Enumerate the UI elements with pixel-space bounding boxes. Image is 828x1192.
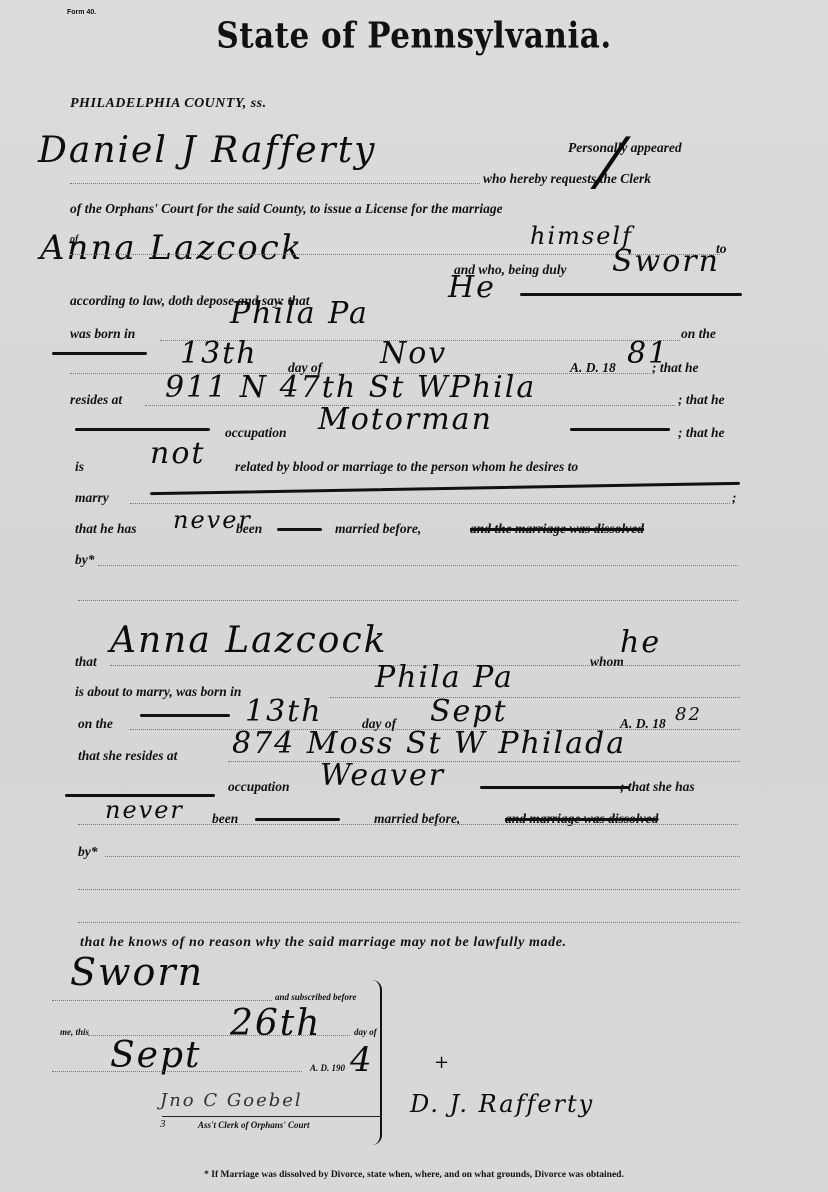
- bride-married-line: [78, 824, 738, 825]
- occupation-prefix-dash: [75, 428, 210, 431]
- that-she-has-text: ; that she has: [620, 779, 695, 795]
- ad-190-text: A. D. 190: [310, 1063, 345, 1073]
- jurat-bracket: [370, 980, 382, 1145]
- occupation-text: occupation: [225, 425, 287, 441]
- blank-line-3: [78, 922, 740, 923]
- venue-heading: PHILADELPHIA COUNTY, ss.: [70, 96, 267, 112]
- related-status: not: [150, 436, 205, 471]
- subscribed-before-text: and subscribed before: [275, 992, 357, 1002]
- married-before-text: married before,: [335, 521, 421, 537]
- orphans-court-text: of the Orphans' Court for the said Count…: [70, 201, 503, 217]
- on-the-text: on the: [681, 326, 716, 342]
- sworn-month-line: [52, 1071, 302, 1072]
- blank-line-2: [78, 889, 740, 890]
- dissolved-struck-text: and the marriage was dissolved: [470, 521, 644, 537]
- been-text: been: [236, 521, 262, 537]
- clerk-title-text: Ass't Clerk of Orphans' Court: [198, 1120, 310, 1130]
- document-title: State of Pennsylvania.: [0, 15, 828, 56]
- bride-birthplace-line: [330, 697, 740, 698]
- that-he-text-3: ; that he: [678, 425, 725, 441]
- license-mark: /: [587, 125, 637, 199]
- sworn-line: [52, 1000, 272, 1001]
- sworn-month: Sept: [110, 1035, 201, 1076]
- is-text: is: [75, 459, 84, 475]
- bride-day-dash: [140, 714, 230, 717]
- groom-address: 911 N 47th St WPhila: [165, 370, 536, 405]
- was-born-in-text: was born in: [70, 326, 135, 342]
- margin-dash: [52, 352, 147, 355]
- marriage-license-affidavit: Form 40. State of Pennsylvania. PHILADEL…: [0, 0, 828, 1192]
- marry-semicolon: ;: [732, 490, 737, 506]
- by-line-2: [105, 856, 740, 857]
- bride-address-line: [228, 761, 740, 762]
- bride-birth-month: Sept: [430, 694, 508, 729]
- requests-clerk-text: who hereby requests the Clerk: [483, 171, 651, 187]
- clerk-signature-line: [162, 1116, 382, 1117]
- pronoun-he-2: he: [620, 625, 661, 660]
- clerk-prefix: 3: [160, 1118, 166, 1130]
- that-text: that: [75, 654, 97, 670]
- that-he-text-1: ; that he: [652, 360, 699, 376]
- mark-cross: +: [434, 1052, 451, 1073]
- applicant-name-line: [70, 183, 480, 184]
- bride-address: 874 Moss St W Philada: [232, 726, 626, 761]
- divorce-footnote: * If Marriage was dissolved by Divorce, …: [0, 1170, 828, 1180]
- marry-fill-stroke: [150, 482, 740, 495]
- on-the-text-2: on the: [78, 716, 113, 732]
- groom-birthplace: Phila Pa: [230, 296, 369, 331]
- occupation-text-2: occupation: [228, 779, 290, 795]
- bride-occupation-suffix-dash: [480, 786, 630, 789]
- clerk-signature: Jno C Goebel: [160, 1090, 303, 1111]
- sworn-word: Sworn: [612, 244, 720, 279]
- sworn-word-2: Sworn: [70, 950, 204, 994]
- she-resides-at-text: that she resides at: [78, 748, 177, 764]
- pronoun-he: He: [448, 270, 496, 305]
- me-this-text: me, this: [60, 1027, 89, 1037]
- bride-birth-day: 13th: [245, 694, 323, 729]
- groom-birth-day: 13th: [180, 336, 258, 371]
- related-by-blood-text: related by blood or marriage to the pers…: [235, 459, 578, 475]
- been-dash-2: [255, 818, 340, 821]
- that-he-has-text: that he has: [75, 521, 137, 537]
- applicant-name: Daniel J Rafferty: [38, 130, 377, 171]
- been-dash: [277, 528, 322, 531]
- blank-line-1: [78, 600, 738, 601]
- according-fill-dash: [520, 293, 742, 296]
- by-line: [98, 565, 738, 566]
- occupation-suffix-dash: [570, 428, 670, 431]
- bride-name-2: Anna Lazcock: [110, 620, 387, 661]
- that-he-text-2: ; that he: [678, 392, 725, 408]
- by-text: by*: [75, 552, 95, 568]
- knows-no-reason-text: that he knows of no reason why the said …: [80, 935, 567, 951]
- resides-at-text: resides at: [70, 392, 122, 408]
- groom-occupation: Motorman: [318, 402, 493, 437]
- applicant-signature: D. J. Rafferty: [410, 1090, 594, 1118]
- by-text-2: by*: [78, 844, 98, 860]
- groom-birth-month: Nov: [380, 336, 447, 371]
- marry-text: marry: [75, 490, 109, 506]
- bride-married-before: never: [105, 796, 184, 824]
- bride-name: Anna Lazcock: [40, 228, 303, 268]
- about-to-marry-text: is about to marry, was born in: [75, 684, 241, 700]
- whom-text: whom: [590, 654, 624, 670]
- sworn-day: 26th: [230, 1003, 321, 1044]
- bride-birth-year: 82: [675, 704, 702, 725]
- bride-occupation: Weaver: [320, 758, 445, 793]
- bride-birthplace: Phila Pa: [375, 660, 514, 695]
- marry-line: [130, 503, 730, 504]
